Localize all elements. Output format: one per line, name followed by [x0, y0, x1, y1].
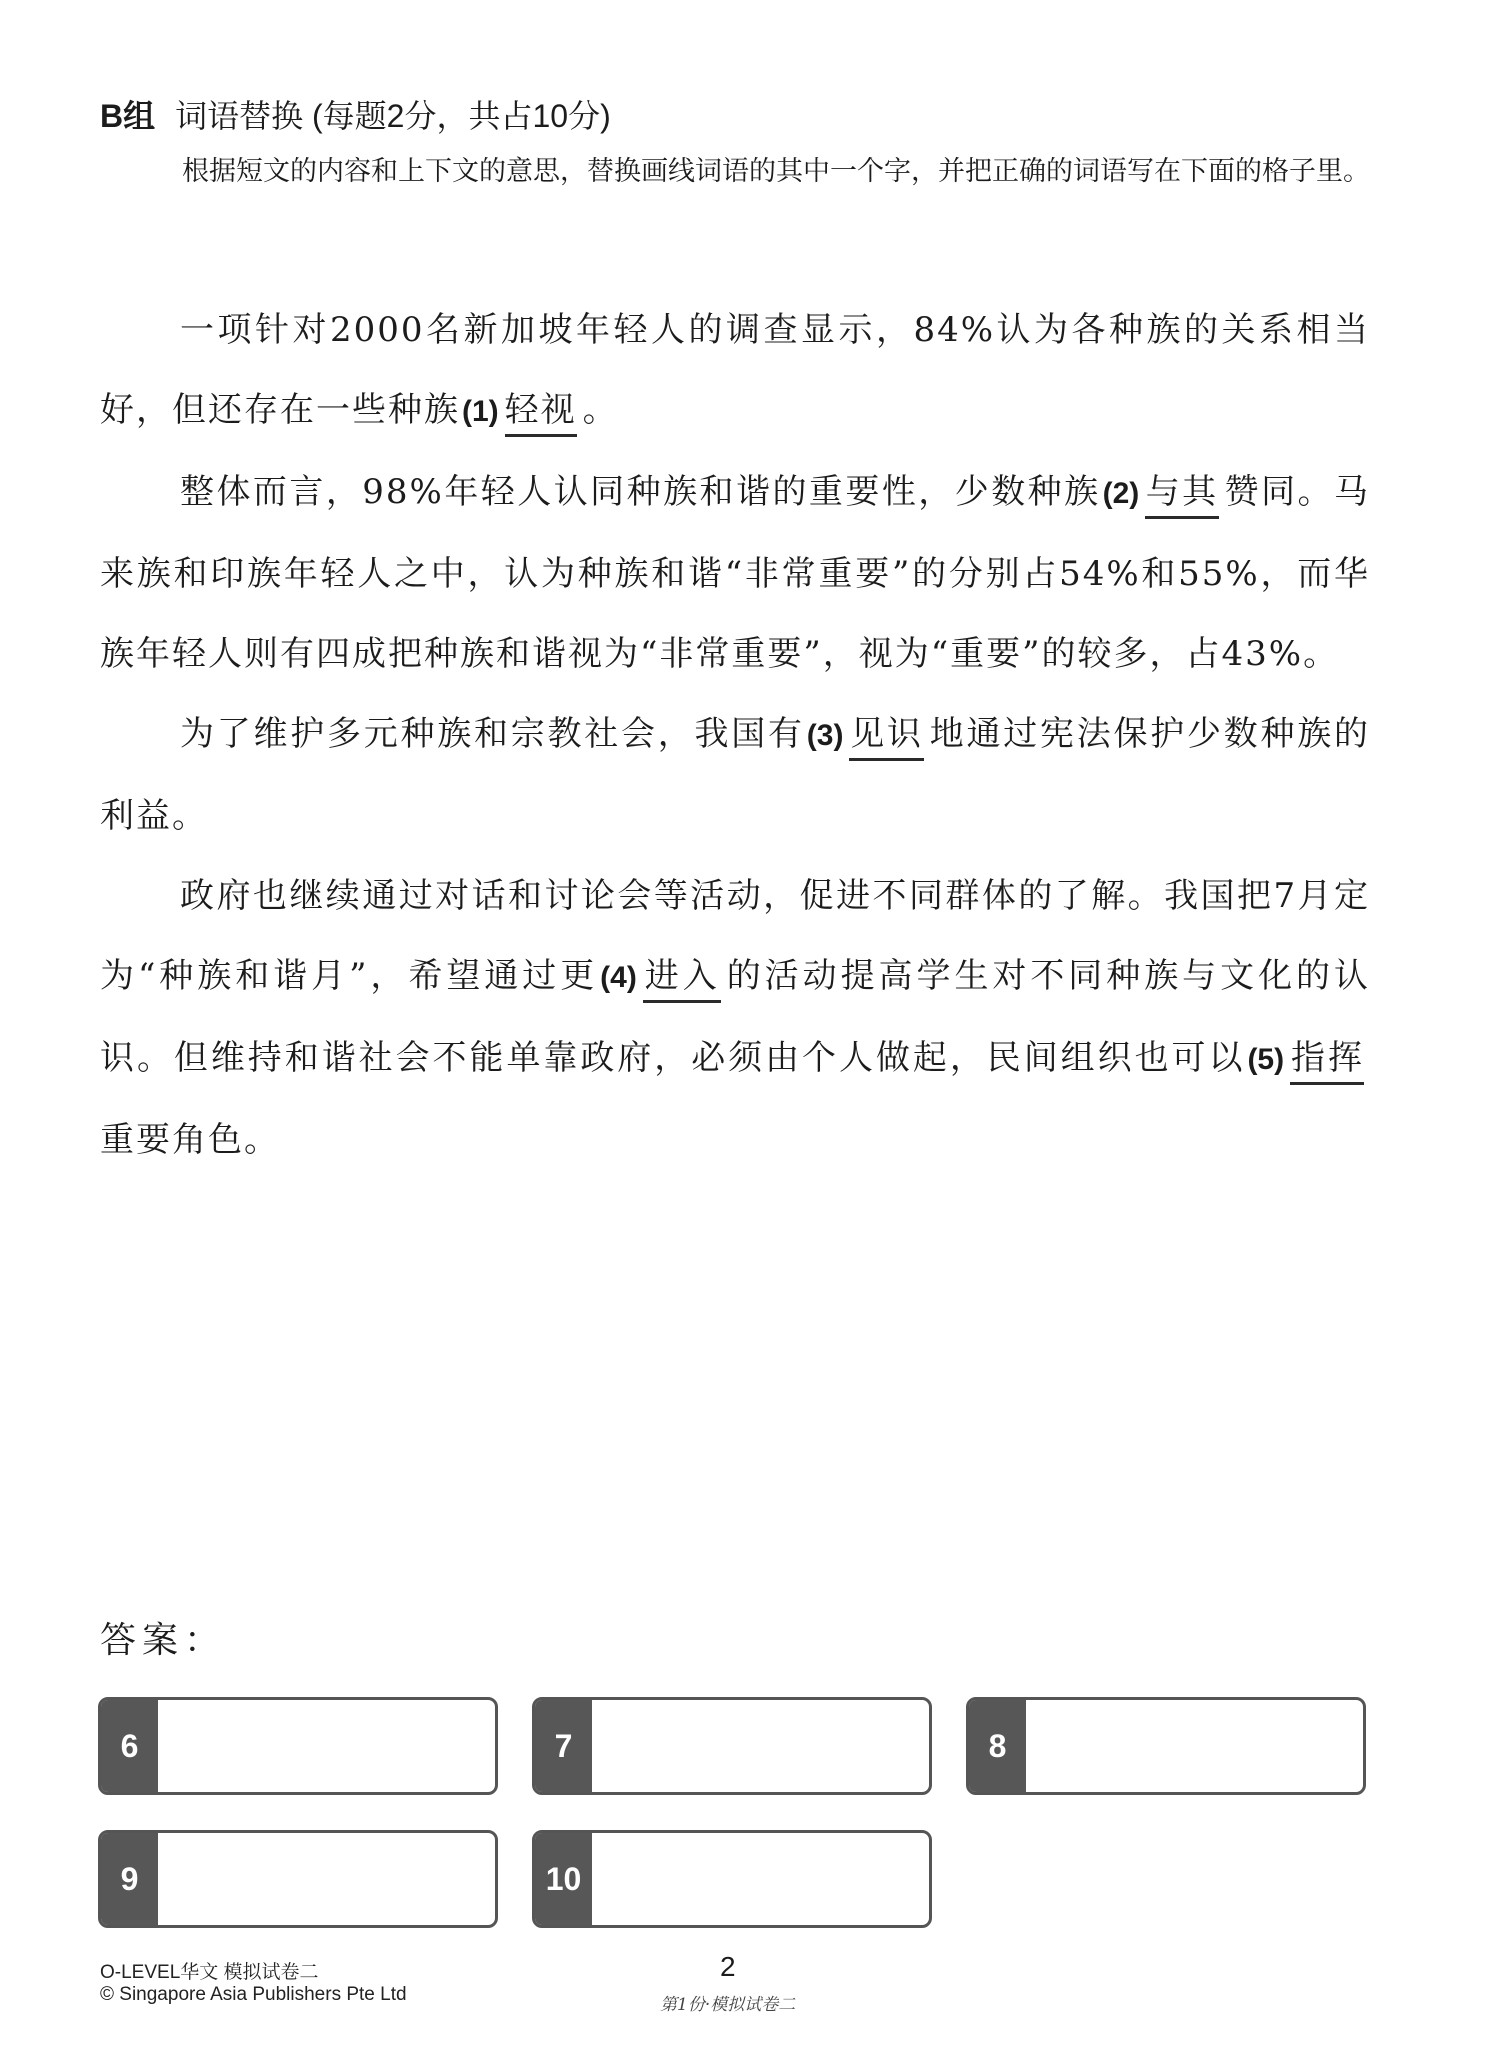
text-segment: 整体而言，98%年轻人认同种族和谐的重要性，少数种族	[180, 472, 1101, 512]
answer-number: 9	[101, 1833, 158, 1925]
answer-input-6[interactable]	[158, 1700, 498, 1792]
footer-info: O-LEVEL华文 模拟试卷二 © Singapore Asia Publish…	[100, 1962, 407, 2006]
page-subtitle: 第1份·模拟试卷二	[660, 1990, 795, 2015]
instructions: 根据短文的内容和上下文的意思，替换画线词语的其中一个字，并把正确的词语写在下面的…	[182, 150, 1372, 192]
underlined-word: 指挥	[1290, 1038, 1364, 1085]
blank-number: (1)	[462, 395, 499, 428]
answer-input-7[interactable]	[592, 1700, 932, 1792]
underlined-word: 与其	[1145, 472, 1218, 519]
answer-input-9[interactable]	[158, 1833, 498, 1925]
paragraph-4: 政府也继续通过对话和讨论会等活动，促进不同群体的了解。我国把7月定为“种族和谐月…	[100, 856, 1370, 1180]
answer-box-10: 10	[532, 1830, 932, 1928]
answer-box-6: 6	[98, 1697, 498, 1795]
answer-input-8[interactable]	[1026, 1700, 1366, 1792]
section-title: 词语替换 (每题2分，共占10分)	[175, 98, 611, 134]
passage: 一项针对2000名新加坡年轻人的调查显示，84%认为各种族的关系相当好，但还存在…	[100, 290, 1370, 1180]
blank-number: (3)	[807, 719, 844, 752]
paragraph-2: 整体而言，98%年轻人认同种族和谐的重要性，少数种族(2)与其赞同。马来族和印族…	[100, 452, 1370, 694]
underlined-word: 进入	[643, 956, 721, 1003]
underlined-word: 轻视	[505, 390, 577, 437]
answer-number: 7	[535, 1700, 592, 1792]
copyright: © Singapore Asia Publishers Pte Ltd	[100, 1984, 407, 2006]
answer-number: 10	[535, 1833, 592, 1925]
answer-box-8: 8	[966, 1697, 1366, 1795]
answer-box-9: 9	[98, 1830, 498, 1928]
underlined-word: 见识	[849, 714, 923, 761]
paragraph-3: 为了维护多元种族和宗教社会，我国有(3)见识地通过宪法保护少数种族的利益。	[100, 694, 1370, 856]
blank-number: (2)	[1103, 477, 1140, 510]
group-label: B组	[100, 98, 155, 134]
text-segment: 一项针对2000名新加坡年轻人的调查显示，84%认为各种族的关系相当好，但还存在…	[100, 310, 1370, 430]
book-title: O-LEVEL华文 模拟试卷二	[100, 1962, 407, 1984]
text-segment: 为了维护多元种族和宗教社会，我国有	[180, 714, 805, 754]
answer-number: 6	[101, 1700, 158, 1792]
paragraph-1: 一项针对2000名新加坡年轻人的调查显示，84%认为各种族的关系相当好，但还存在…	[100, 290, 1370, 452]
answers-label: 答案：	[100, 1618, 226, 1662]
answer-number: 8	[969, 1700, 1026, 1792]
page-number: 2	[720, 1952, 736, 1982]
blank-number: (5)	[1247, 1043, 1284, 1076]
blank-number: (4)	[600, 961, 637, 994]
text-segment: 重要角色。	[100, 1120, 280, 1160]
section-header: B组词语替换 (每题2分，共占10分)	[100, 96, 611, 136]
answer-box-7: 7	[532, 1697, 932, 1795]
text-segment: 。	[583, 390, 619, 430]
answer-input-10[interactable]	[592, 1833, 932, 1925]
